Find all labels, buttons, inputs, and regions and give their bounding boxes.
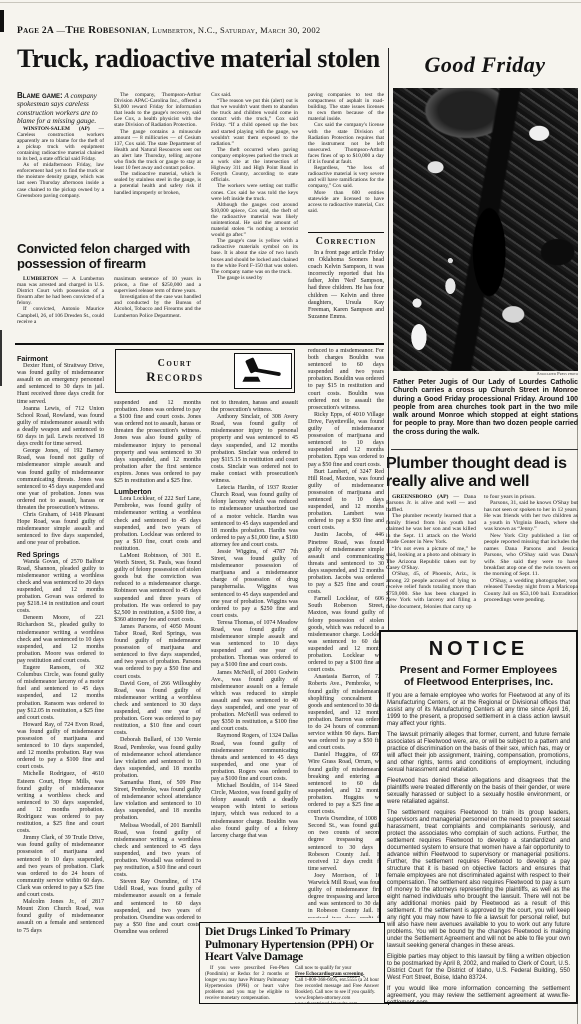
news-paragraph: As of midafternoon Friday, law enforceme… xyxy=(17,162,104,199)
news-paragraph: In a front page article Friday on Oklaho… xyxy=(308,250,384,321)
news-paragraph: Anthony Sinclair, of 308 Avery Road, was… xyxy=(211,414,298,485)
photo-credit: Associated Press photo xyxy=(393,371,578,376)
news-paragraph: Cox said the company's license with the … xyxy=(308,122,384,165)
news-paragraph: WINSTON-SALEM (AP) — Careless constructi… xyxy=(17,126,104,163)
news-paragraph: Farnell Locklear, of 606 South Roberson … xyxy=(308,596,384,674)
notice-subtitle-line1: Present and Former Employees xyxy=(400,664,558,676)
plumber-article-headline: Plumber thought dead is really alive and… xyxy=(386,455,578,491)
news-paragraph: Burt Lambert, of 3247 Red Hill Road, Max… xyxy=(308,469,384,533)
news-paragraph: Fleetwood has denied these allegations a… xyxy=(387,778,570,806)
news-paragraph: The lawsuit primarily alleges that forme… xyxy=(387,732,570,774)
masthead-separator: — xyxy=(57,25,66,35)
scan-artifact xyxy=(0,10,4,32)
news-paragraph-continuation: reduced to a misdemeanor. For both charg… xyxy=(308,348,384,412)
truck-article-column-1: Blame game: A company spokesman says car… xyxy=(17,92,104,240)
gavel-icon xyxy=(239,357,287,385)
news-paragraph: The settlement requires Fleetwood to tra… xyxy=(387,810,570,950)
court-records-column-a: FairmontDexter Hunt, of Straitway Drive,… xyxy=(17,352,104,1010)
scan-artifact xyxy=(0,330,2,386)
news-paragraph: Jimmy Clark, of 39 Trutle Drive, was fou… xyxy=(17,835,104,899)
good-friday-procession-photo xyxy=(393,88,578,371)
news-paragraph: Joey Morrison, of 109 Warwick Mill Road,… xyxy=(308,873,384,918)
correction-box: Correction In a front page article Frida… xyxy=(308,232,384,341)
truck-article-column-3: Cox said.“The reason we put this (alert)… xyxy=(211,92,298,341)
news-paragraph-continuation: www.theretrieval-lawsuits.com xyxy=(295,1002,379,1005)
masthead-page-number: Page 2A xyxy=(17,26,54,36)
news-paragraph: George Jones, of 192 Barney Road, was fo… xyxy=(17,448,104,512)
news-paragraph: Justin Jacobs, of 446 Pinetree Road, was… xyxy=(308,532,384,596)
news-paragraph: Raymond Rogers, of 1324 Dallas Road, was… xyxy=(211,733,298,783)
news-paragraph: GREENSBORO (AP) — Dana Parsons Jr. is al… xyxy=(386,494,476,513)
court-records-top-rule xyxy=(15,343,384,345)
news-paragraph-continuation: paving companies to test the compactness… xyxy=(308,92,384,122)
notice-subtitle-line2: of Fleetwood Enterprises, Inc. xyxy=(404,676,553,688)
news-paragraph: “The reason we put this (alert) out is t… xyxy=(211,98,298,147)
news-paragraph: The workers were setting out traffic con… xyxy=(211,183,298,201)
truck-article-column-2: The company, Thompson-Arthur Division AP… xyxy=(114,92,201,240)
masthead: Page 2A —The Robesonian, Lumberton, N.C.… xyxy=(17,24,567,36)
news-paragraph: The plumber recently learned that a fami… xyxy=(386,513,476,545)
news-paragraph: Eligible parties may object to this laws… xyxy=(387,954,570,982)
dateline: LUMBERTON xyxy=(23,276,63,282)
news-paragraph: Parsons, 31, said he knows O'Shay but ha… xyxy=(484,500,578,532)
section-subhead: Fairmont xyxy=(17,355,104,362)
news-paragraph: Chris Graham, of 1418 Pleasant Hope Road… xyxy=(17,512,104,547)
news-paragraph: LaMont Robinson, of 301 E. Worth Street,… xyxy=(114,553,201,624)
felon-article-column-1: LUMBERTON — A Lumberton man was arrested… xyxy=(17,276,104,338)
news-paragraph: “It's not even a picture of me,” he said… xyxy=(386,546,476,572)
news-paragraph: David Gore, of 266 Willoughby Road, was … xyxy=(114,681,201,738)
court-records-column-b: suspended and 12 months probation. Jones… xyxy=(114,400,201,1010)
news-paragraph: More than 600 entities statewide are lic… xyxy=(308,190,384,214)
news-paragraph: Dexter Hunt, of Straitway Drive, was fou… xyxy=(17,363,104,406)
news-paragraph: James McNeill, of 2001 Godwin Ave., was … xyxy=(211,670,298,734)
news-paragraph: Melissa Woodall, of 201 Barnhill Road, w… xyxy=(114,823,201,880)
diet-ad-headline: Diet Drugs Linked To Primary Pulmonary H… xyxy=(205,926,379,964)
news-paragraph: The theft occurred when paving company e… xyxy=(211,147,298,184)
news-paragraph: The company, Thompson-Arthur Division AP… xyxy=(114,92,201,129)
dateline: WINSTON-SALEM (AP) xyxy=(23,126,99,132)
diet-ad-column-1: If you were prescribed Fen-Phen (Pondimi… xyxy=(205,966,289,1005)
diet-ad-columns: If you were prescribed Fen-Phen (Pondimi… xyxy=(205,966,379,1005)
news-paragraph-continuation: suspended and 12 months probation. Jones… xyxy=(114,400,201,485)
news-paragraph: Although the gauges cost around $10,000 … xyxy=(211,202,298,239)
news-paragraph: James Parsons, of 4050 Mount Tabor Road,… xyxy=(114,624,201,681)
masthead-dateline: , Lumberton, N.C., Saturday, March 30, 2… xyxy=(147,25,320,35)
plumber-article-column-1: GREENSBORO (AP) — Dana Parsons Jr. is al… xyxy=(386,494,476,625)
section-subhead: Red Springs xyxy=(17,551,104,558)
news-paragraph: If convicted, Antonio Maurice Campbell, … xyxy=(17,306,104,324)
news-paragraph: If you would like more information conce… xyxy=(387,986,570,1004)
plumber-article-column-2: to four years in prison.Parsons, 31, sai… xyxy=(484,494,578,625)
caption-divider-rule xyxy=(391,449,578,450)
court-records-title: Court Records xyxy=(116,359,234,383)
correction-title: Correction xyxy=(308,236,384,247)
news-paragraph: Wanda Govan, of 2570 Balfour Road, Shann… xyxy=(17,559,104,616)
photo-caption: Father Peter Jugis of Our Lady of Lourde… xyxy=(393,379,578,437)
dateline: GREENSBORO (AP) xyxy=(392,494,453,500)
news-paragraph: The gauge is used by xyxy=(211,275,298,281)
gavel-icon-box xyxy=(234,353,292,389)
news-paragraph: Malcolm Jones Jr., of 2817 Mount Zion Ch… xyxy=(17,899,104,934)
truck-article-deck: Blame game: A company spokesman says car… xyxy=(17,92,104,126)
news-paragraph: Jessie Wiggins, of 4787 7th Street, was … xyxy=(211,549,298,620)
news-paragraph: Steven Ray Oxendine, of 174 Udell Road, … xyxy=(114,879,201,936)
good-friday-headline: Good Friday xyxy=(392,52,578,78)
newspaper-page: Page 2A —The Robesonian, Lumberton, N.C.… xyxy=(0,0,581,1024)
court-records-column-d: reduced to a misdemeanor. For both charg… xyxy=(308,348,384,918)
news-paragraph: Howard Ray, of 724 Evon Road, was found … xyxy=(17,722,104,772)
notice-ad-body: If you are a female employee who works f… xyxy=(387,693,570,1004)
news-paragraph: Michelle Rodriguez, of 4610 Esteem Court… xyxy=(17,771,104,835)
masthead-paper-name: The Robesonian xyxy=(65,24,147,36)
court-records-banner: Court Records xyxy=(115,349,295,393)
news-paragraph: Samantha Hunt, of 509 Pine Street, Pembr… xyxy=(114,780,201,823)
felon-article-column-2: maximum sentence of 10 years in prison, … xyxy=(114,276,201,338)
news-paragraph: The gauge's case is yellow with a radioa… xyxy=(211,238,298,275)
news-paragraph: Lora Locklear, of 222 Surf Lane, Pembrok… xyxy=(114,496,201,553)
news-paragraph-continuation: Call 1-800-368-6695, ext.5555 (a 24 hour… xyxy=(295,978,379,996)
news-paragraph: The radioactive material, which is seale… xyxy=(114,171,201,195)
diet-ad-column-2: Call now to qualify for yourFree Echocar… xyxy=(295,966,379,1005)
news-paragraph: O'Shay, 45, of Phoenix, Ariz., is among … xyxy=(386,571,476,610)
news-paragraph: Daniel Huggins, of 6974 Wire Grass Road,… xyxy=(308,752,384,816)
truck-article-column-4: paving companies to test the compactness… xyxy=(308,92,384,230)
news-paragraph: Regardless, “the loss of radioactive mat… xyxy=(308,165,384,189)
news-paragraph: Joanna Lewis, of 712 Union School Road, … xyxy=(17,406,104,449)
fleetwood-notice-ad: NOTICE Present and Former Employees of F… xyxy=(379,630,578,1004)
notice-ad-subtitle: Present and Former Employees of Fleetwoo… xyxy=(387,664,570,688)
correction-body: In a front page article Friday on Oklaho… xyxy=(308,250,384,321)
news-paragraph: If you were prescribed Fen-Phen (Pondimi… xyxy=(205,966,289,1002)
court-records-title-line1: Court xyxy=(116,359,234,369)
news-paragraph: Travis Oxendine, of 1008 E. Second St., … xyxy=(308,816,384,873)
news-paragraph-continuation: maximum sentence of 10 years in prison, … xyxy=(114,276,201,294)
news-paragraph: The gauge contains a minuscule amount — … xyxy=(114,129,201,172)
news-paragraph: Investigation of the case was handled an… xyxy=(114,294,201,318)
news-paragraph: Teresa Thomas, of 1074 Meadow Road, was … xyxy=(211,620,298,670)
felon-article-headline: Convicted felon charged with possession … xyxy=(17,242,222,271)
court-records-column-c: not to threaten, harass and assault the … xyxy=(211,400,298,916)
news-paragraph: LUMBERTON — A Lumberton man was arrested… xyxy=(17,276,104,306)
news-paragraph: Michael Bouldin, of 114 Steed Circle, Ma… xyxy=(211,783,298,840)
news-paragraph: Anastasia Barron, of 729 Roberts Ave., P… xyxy=(308,674,384,752)
news-paragraph: Deneem Moore, of 221 Richardson St., ple… xyxy=(17,615,104,665)
news-paragraph: Ricky Epps, of 4010 Village Drive, Fayet… xyxy=(308,412,384,469)
news-paragraph: Letecia Hardin, of 1937 Rozier Church Ro… xyxy=(211,485,298,549)
truck-article-headline: Truck, radioactive material stolen xyxy=(17,44,387,74)
diet-drugs-ad: Diet Drugs Linked To Primary Pulmonary H… xyxy=(199,922,385,1004)
news-paragraph: O'Shay, a wedding photographer, was rele… xyxy=(484,578,578,604)
news-paragraph: Eugere Ransom, of 302 Columbus Circle, w… xyxy=(17,665,104,722)
scan-edge-line xyxy=(0,2,581,3)
news-paragraph: If you are a female employee who works f… xyxy=(387,693,570,728)
section-subhead: Lumberton xyxy=(114,488,201,495)
news-paragraph: Deborah Bullard, of 130 Vernie Road, Pem… xyxy=(114,737,201,780)
news-paragraph-continuation: not to threaten, harass and assault the … xyxy=(211,400,298,414)
news-paragraph: New York City published a list of people… xyxy=(484,533,578,578)
truck-col1-body: WINSTON-SALEM (AP) — Careless constructi… xyxy=(17,126,104,199)
court-records-title-line2: Records xyxy=(116,370,234,383)
notice-ad-title: NOTICE xyxy=(387,638,570,661)
